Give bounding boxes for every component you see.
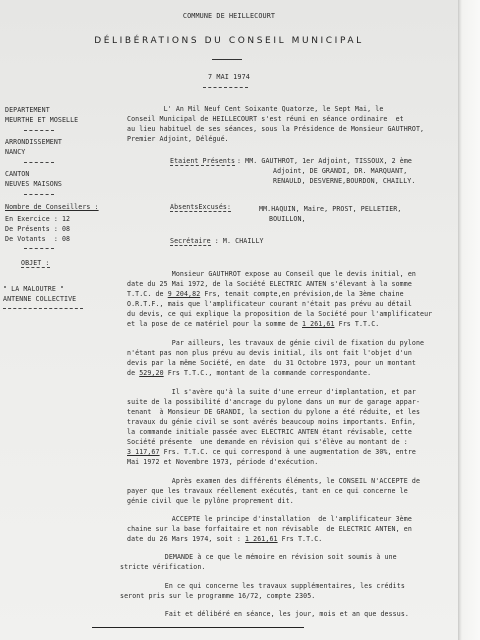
objet-label: OBJET : — [21, 259, 50, 267]
departement-value: MEURTHE ET MOSELLE — [5, 116, 78, 124]
presents-label: Etaient Présents — [170, 157, 235, 165]
arrondissement-label: ARRONDISSEMENT — [5, 138, 62, 146]
presents-line: Adjoint, DE GRANDI, DR. MARQUANT, — [273, 167, 407, 175]
text-line: date du 25 Mai 1972, de la Société ELECT… — [127, 280, 412, 288]
text-line: de 529,20 Frs T.T.C., montant de la comm… — [127, 369, 371, 377]
text-line: au lieu habituel de ses séances, sous la… — [127, 125, 424, 133]
secretaire-value: : M. CHAILLY — [211, 237, 264, 245]
text-line: DEMANDE à ce que le mémoire en révision … — [120, 553, 397, 561]
sidebar-divider — [24, 162, 54, 163]
text-fragment: T.T.C. de — [127, 290, 168, 298]
text-line: travaux du génie civil se sont avérés be… — [127, 418, 416, 426]
text-line: Monsieur GAUTHROT expose au Conseil que … — [127, 270, 416, 278]
text-line: date du 26 Mars 1974, soit : 1 261,61 Fr… — [127, 535, 322, 543]
text-line: stricte vérification. — [120, 563, 205, 571]
text-line: ACCEPTE le principe d'installation de l'… — [127, 515, 412, 523]
secretaire-label: Secrétaire — [170, 237, 211, 246]
absents-line: BOUILLON, — [269, 215, 306, 223]
objet-label-text: OBJET : — [21, 259, 50, 268]
text-line: suite de la possibilité d'ancrage du pyl… — [127, 398, 420, 406]
amount-accepte: 1 261,61 — [245, 535, 278, 543]
text-fragment: de — [127, 369, 139, 377]
text-line: chaine sur la base forfaitaire et non ré… — [127, 525, 412, 533]
text-line: 3 117,67 Frs. T.T.C. ce qui correspond à… — [127, 448, 416, 456]
text-fragment: Frs, tenait compte,en prévision,de la 3è… — [200, 290, 404, 298]
text-fragment: date du 26 Mars 1974, soit : — [127, 535, 245, 543]
conseillers-label-text: Nombre de Conseillers : — [5, 203, 99, 211]
text-fragment: Frs T.T.C. — [335, 320, 380, 328]
text-fragment: Frs T.T.C. — [278, 535, 323, 543]
secretaire-row: Secrétaire : M. CHAILLY — [170, 237, 264, 245]
objet-line-2: ANTENNE COLLECTIVE — [3, 295, 76, 303]
text-line: L' An Mil Neuf Cent Soixante Quatorze, l… — [127, 105, 383, 113]
presents-line: RENAULD, DESVERNE,BOURDON, CHAILLY. — [273, 177, 415, 185]
objet-divider — [3, 308, 83, 309]
text-line: du devis, ce qui explique la proposition… — [127, 310, 432, 318]
presents-label-text: Etaient Présents — [170, 157, 235, 166]
absents-line: MM.HAQUIN, Maire, PROST, PELLETIER, — [259, 205, 401, 213]
document-title: DÉLIBÉRATIONS DU CONSEIL MUNICIPAL — [0, 37, 458, 45]
meeting-date: 7 MAI 1974 — [0, 73, 458, 81]
text-line: seront pris sur le programme 16/72, comp… — [120, 592, 315, 600]
presents-line: : MM. GAUTHROT, 1er Adjoint, TISSOUX, 2 … — [237, 157, 412, 165]
text-fragment: Frs. T.T.C. ce qui correspond à une augm… — [160, 448, 416, 456]
text-line: En ce qui concerne les travaux supplémen… — [120, 582, 405, 590]
presents-count: De Présents : 08 — [5, 225, 70, 233]
text-line: génie civil que le pylône proprement dit… — [127, 497, 294, 505]
text-line: Par ailleurs, les travaux de génie civil… — [127, 339, 424, 347]
title-divider — [212, 59, 242, 60]
text-line: Il s'avère qu'à la suite d'une erreur d'… — [127, 388, 416, 396]
sidebar-divider — [24, 194, 54, 195]
absents-label: AbsentsExcusés: — [170, 203, 231, 211]
votants-count: De Votants : 08 — [5, 235, 70, 243]
text-line: n'étant pas non plus prévu au devis init… — [127, 349, 412, 357]
departement-label: DEPARTEMENT — [5, 106, 50, 114]
closing-rule — [92, 627, 304, 628]
amount-devis-initial: 9 204,82 — [168, 290, 201, 298]
document-page: COMMUNE DE HEILLECOURT DÉLIBÉRATIONS DU … — [0, 0, 458, 640]
absents-label-text: AbsentsExcusés: — [170, 203, 231, 212]
text-fragment: et la pose de ce matériel pour la somme … — [127, 320, 302, 328]
amount-revision: 3 117,67 — [127, 448, 160, 456]
canton-value: NEUVES MAISONS — [5, 180, 62, 188]
text-line: Premier Adjoint, Délégué. — [127, 135, 229, 143]
en-exercice: En Exercice : 12 — [5, 215, 70, 223]
conseillers-label: Nombre de Conseillers : — [5, 203, 99, 211]
text-fragment: Frs T.T.C., montant de la commande corre… — [164, 369, 372, 377]
amount-genie-civil: 529,20 — [139, 369, 163, 377]
canton-label: CANTON — [5, 170, 29, 178]
date-underline — [203, 87, 248, 88]
text-line: Fait et délibéré en séance, les jour, mo… — [120, 610, 409, 618]
commune-name: COMMUNE DE HEILLECOURT — [0, 12, 458, 20]
sidebar-divider — [24, 130, 54, 131]
text-line: la commande initiale passée avec ELECTRI… — [127, 428, 412, 436]
text-line: O.R.T.F., mais que l'amplificateur coura… — [127, 300, 412, 308]
page-edge — [458, 0, 480, 640]
sidebar-divider — [24, 248, 54, 249]
amount-amplificateur: 1 261,61 — [302, 320, 335, 328]
text-line: tenant à Monsieur DE GRANDI, la section … — [127, 408, 420, 416]
text-line: Conseil Municipal de HEILLECOURT s'est r… — [127, 115, 404, 123]
text-line: Mai 1972 et Novembre 1973, période d'exé… — [127, 458, 318, 466]
arrondissement-value: NANCY — [5, 148, 25, 156]
text-line: payer que les travaux réellement exécuté… — [127, 487, 408, 495]
text-line: Société présente une demande en révision… — [127, 438, 408, 446]
text-line: Après examen des différents éléments, le… — [127, 477, 420, 485]
objet-line-1: " LA MALOUTRE " — [3, 285, 64, 293]
text-line: et la pose de ce matériel pour la somme … — [127, 320, 379, 328]
text-line: T.T.C. de 9 204,82 Frs, tenait compte,en… — [127, 290, 404, 298]
text-line: devis par la même Société, en date du 31… — [127, 359, 416, 367]
